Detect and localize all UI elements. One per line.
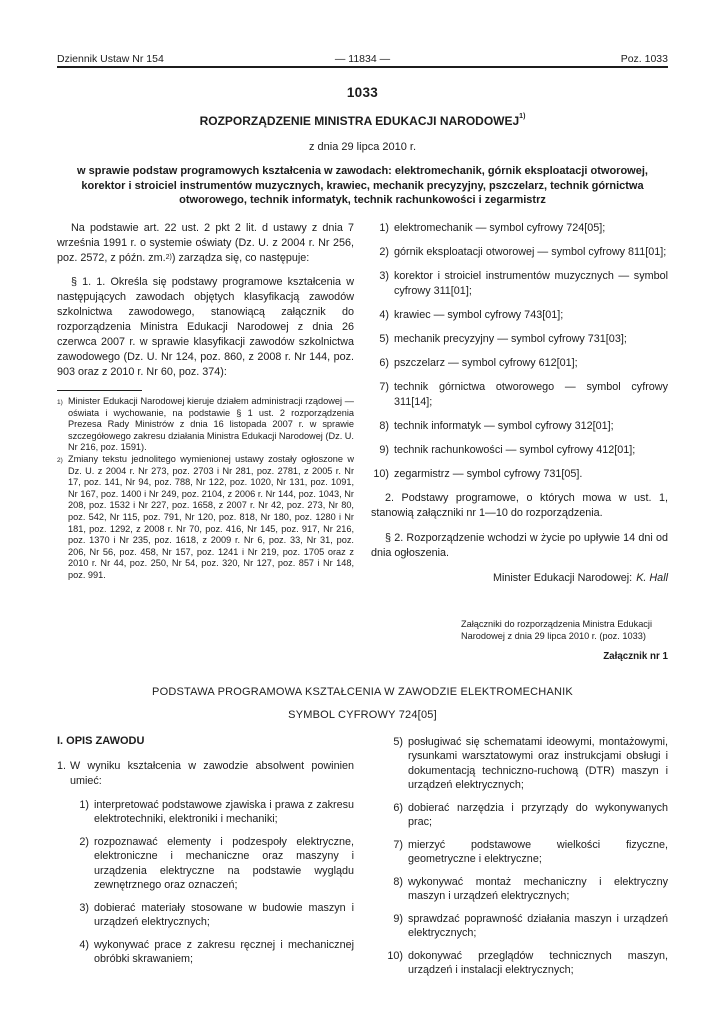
- act-title-text: ROZPORZĄDZENIE MINISTRA EDUKACJI NARODOW…: [200, 114, 520, 128]
- skill-item: 2) rozpoznawać elementy i podzespoły ele…: [69, 835, 354, 893]
- skill-item: 5) posługiwać się schematami ideowymi, m…: [383, 735, 668, 793]
- profession-number: 7): [371, 380, 389, 410]
- profession-text: korektor i stroiciel instrumentów muzycz…: [394, 269, 668, 299]
- profession-text: górnik eksploatacji otworowej — symbol c…: [394, 245, 668, 260]
- attachments-note: Załączniki do rozporządzenia Ministra Ed…: [461, 618, 668, 642]
- footnote-item: 2) Zmiany tekstu jednolitego wymienionej…: [57, 454, 354, 582]
- profession-number: 9): [371, 443, 389, 458]
- footnote-text: Zmiany tekstu jednolitego wymienionej us…: [68, 454, 354, 582]
- act-date: z dnia 29 lipca 2010 r.: [57, 141, 668, 153]
- profession-number: 10): [371, 467, 389, 482]
- profession-number: 8): [371, 419, 389, 434]
- profession-number: 2): [371, 245, 389, 260]
- profession-item: 6) pszczelarz — symbol cyfrowy 612[01];: [371, 356, 668, 371]
- skill-number: 8): [383, 875, 403, 904]
- profession-number: 6): [371, 356, 389, 371]
- page-number: — 11834 —: [57, 53, 668, 66]
- annex-heading: PODSTAWA PROGRAMOWA KSZTAŁCENIA W ZAWODZ…: [57, 686, 668, 698]
- column-right-annex: 5) posługiwać się schematami ideowymi, m…: [371, 735, 668, 986]
- act-subject: w sprawie podstaw programowych kształcen…: [57, 164, 668, 208]
- attachments-note-line2: Narodowej z dnia 29 lipca 2010 r. (poz. …: [461, 630, 668, 642]
- profession-text: mechanik precyzyjny — symbol cyfrowy 731…: [394, 332, 668, 347]
- skill-text: wykonywać montaż mechaniczny i elektrycz…: [408, 875, 668, 904]
- profession-item: 1) elektromechanik — symbol cyfrowy 724[…: [371, 221, 668, 236]
- ability-intro-item: 1. W wyniku kształcenia w zawodzie absol…: [57, 759, 354, 789]
- signature-label: Minister Edukacji Narodowej:: [493, 572, 632, 584]
- skill-item: 3) dobierać materiały stosowane w budowi…: [69, 901, 354, 930]
- signature-name: K. Hall: [636, 572, 668, 584]
- profession-item: 9) technik rachunkowości — symbol cyfrow…: [371, 443, 668, 458]
- skill-text: mierzyć podstawowe wielkości fizyczne, g…: [408, 838, 668, 867]
- footnote-text: Minister Edukacji Narodowej kieruje dzia…: [68, 396, 354, 454]
- skills-list-right: 5) posługiwać się schematami ideowymi, m…: [371, 735, 668, 978]
- professions-list: 1) elektromechanik — symbol cyfrowy 724[…: [371, 221, 668, 482]
- skill-text: dobierać narzędzia i przyrządy do wykony…: [408, 801, 668, 830]
- paragraph-2: § 2. Rozporządzenie wchodzi w życie po u…: [371, 531, 668, 561]
- running-header: Dziennik Ustaw Nr 154 — 11834 — Poz. 103…: [57, 0, 668, 53]
- skills-list-left: 1) interpretować podstawowe zjawiska i p…: [57, 798, 354, 967]
- footnote-item: 1) Minister Edukacji Narodowej kieruje d…: [57, 396, 354, 454]
- profession-text: technik górnictwa otworowego — symbol cy…: [394, 380, 668, 410]
- header-rule: [57, 66, 668, 68]
- profession-item: 4) krawiec — symbol cyfrowy 743[01];: [371, 308, 668, 323]
- profession-item: 7) technik górnictwa otworowego — symbol…: [371, 380, 668, 410]
- profession-number: 4): [371, 308, 389, 323]
- profession-number: 5): [371, 332, 389, 347]
- skill-number: 4): [69, 938, 89, 967]
- profession-item: 8) technik informatyk — symbol cyfrowy 3…: [371, 419, 668, 434]
- footnote-marker: 2): [57, 454, 68, 582]
- annex-label: Załącznik nr 1: [371, 651, 668, 662]
- column-right-top: 1) elektromechanik — symbol cyfrowy 724[…: [371, 221, 668, 662]
- profession-text: pszczelarz — symbol cyfrowy 612[01];: [394, 356, 668, 371]
- footnote-marker: 1): [57, 396, 68, 454]
- footnotes-section: 1) Minister Edukacji Narodowej kieruje d…: [57, 390, 354, 582]
- column-left-annex: I. OPIS ZAWODU 1. W wyniku kształcenia w…: [57, 735, 354, 986]
- act-number: 1033: [57, 85, 668, 100]
- skill-number: 6): [383, 801, 403, 830]
- skill-number: 10): [383, 949, 403, 978]
- profession-text: zegarmistrz — symbol cyfrowy 731[05].: [394, 467, 668, 482]
- profession-item: 10) zegarmistrz — symbol cyfrowy 731[05]…: [371, 467, 668, 482]
- skill-text: dobierać materiały stosowane w budowie m…: [94, 901, 354, 930]
- skill-number: 7): [383, 838, 403, 867]
- profession-number: 3): [371, 269, 389, 299]
- attachments-note-line1: Załączniki do rozporządzenia Ministra Ed…: [461, 618, 668, 630]
- skill-number: 3): [69, 901, 89, 930]
- skill-item: 8) wykonywać montaż mechaniczny i elektr…: [383, 875, 668, 904]
- ability-intro-text: W wyniku kształcenia w zawodzie absolwen…: [70, 759, 354, 789]
- paragraph-1-intro: § 1. 1. Określa się podstawy programowe …: [57, 275, 354, 380]
- skill-text: sprawdzać poprawność działania maszyn i …: [408, 912, 668, 941]
- annex-symbol: SYMBOL CYFROWY 724[05]: [57, 709, 668, 721]
- columns-top: Na podstawie art. 22 ust. 2 pkt 2 lit. d…: [57, 221, 668, 662]
- preamble-paragraph: Na podstawie art. 22 ust. 2 pkt 2 lit. d…: [57, 221, 354, 266]
- columns-annex: I. OPIS ZAWODU 1. W wyniku kształcenia w…: [57, 735, 668, 986]
- ability-intro-number: 1.: [57, 759, 70, 789]
- preamble-footnote-ref: 2): [166, 254, 172, 261]
- skill-item: 1) interpretować podstawowe zjawiska i p…: [69, 798, 354, 827]
- skill-text: interpretować podstawowe zjawiska i praw…: [94, 798, 354, 827]
- profession-item: 3) korektor i stroiciel instrumentów muz…: [371, 269, 668, 299]
- profession-item: 2) górnik eksploatacji otworowej — symbo…: [371, 245, 668, 260]
- profession-number: 1): [371, 221, 389, 236]
- skill-text: rozpoznawać elementy i podzespoły elektr…: [94, 835, 354, 893]
- skill-text: wykonywać prace z zakresu ręcznej i mech…: [94, 938, 354, 967]
- profession-text: elektromechanik — symbol cyfrowy 724[05]…: [394, 221, 668, 236]
- skill-item: 9) sprawdzać poprawność działania maszyn…: [383, 912, 668, 941]
- profession-item: 5) mechanik precyzyjny — symbol cyfrowy …: [371, 332, 668, 347]
- skill-number: 9): [383, 912, 403, 941]
- act-title-footnote-ref: 1): [519, 113, 525, 120]
- skill-text: posługiwać się schematami ideowymi, mont…: [408, 735, 668, 793]
- signature-line: Minister Edukacji Narodowej:K. Hall: [371, 572, 668, 584]
- skill-number: 1): [69, 798, 89, 827]
- paragraph-1-ust2: 2. Podstawy programowe, o których mowa w…: [371, 491, 668, 521]
- skill-number: 5): [383, 735, 403, 793]
- profession-text: krawiec — symbol cyfrowy 743[01];: [394, 308, 668, 323]
- preamble-text-after: ) zarządza się, co następuje:: [172, 252, 309, 264]
- act-title: ROZPORZĄDZENIE MINISTRA EDUKACJI NARODOW…: [57, 114, 668, 128]
- skill-number: 2): [69, 835, 89, 893]
- skill-text: dokonywać przeglądów technicznych maszyn…: [408, 949, 668, 978]
- profession-text: technik rachunkowości — symbol cyfrowy 4…: [394, 443, 668, 458]
- section-title: I. OPIS ZAWODU: [57, 735, 354, 747]
- skill-item: 4) wykonywać prace z zakresu ręcznej i m…: [69, 938, 354, 967]
- skill-item: 10) dokonywać przeglądów technicznych ma…: [383, 949, 668, 978]
- skill-item: 6) dobierać narzędzia i przyrządy do wyk…: [383, 801, 668, 830]
- footnote-separator: [57, 390, 142, 392]
- column-left-top: Na podstawie art. 22 ust. 2 pkt 2 lit. d…: [57, 221, 354, 662]
- document-page: Dziennik Ustaw Nr 154 — 11834 — Poz. 103…: [0, 0, 725, 1024]
- skill-item: 7) mierzyć podstawowe wielkości fizyczne…: [383, 838, 668, 867]
- profession-text: technik informatyk — symbol cyfrowy 312[…: [394, 419, 668, 434]
